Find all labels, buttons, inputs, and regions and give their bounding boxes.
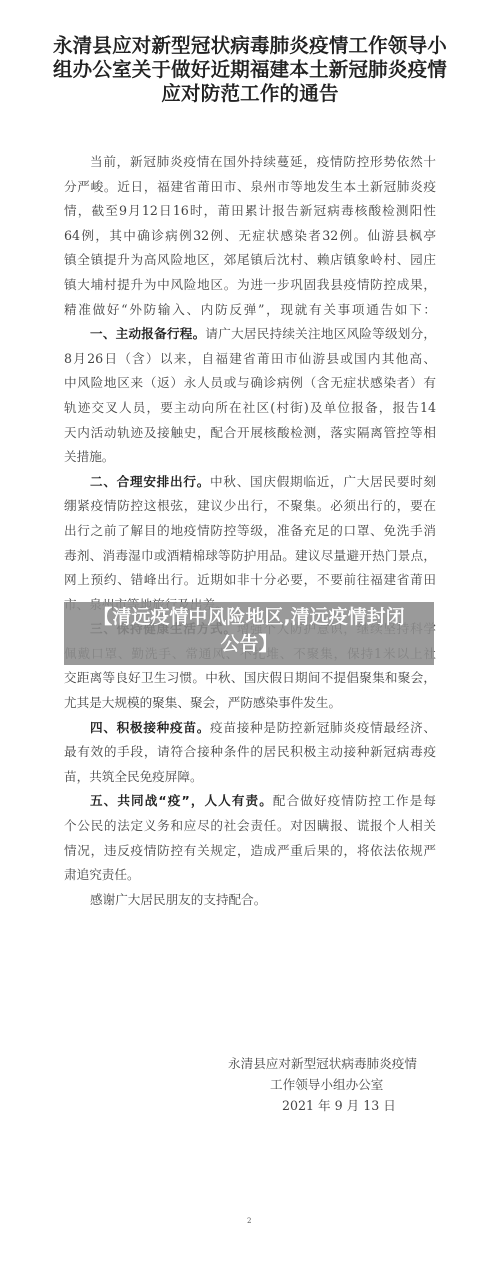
document-body: 当前，新冠肺炎疫情在国外持续蔓延，疫情防控形势依然十 分严峻。近日，福建省莆田市… <box>64 150 436 912</box>
signature-org-line: 永清县应对新型冠状病毒肺炎疫情 <box>220 1053 470 1074</box>
section-text: 配合做好疫情防控工作是每 <box>273 793 436 808</box>
body-line: 个公民的法定义务和应尽的社会责任。对因瞒报、谎报个人相关 <box>64 814 436 839</box>
section-first-line: 一、主动报备行程。请广大居民持续关注地区风险等级划分， <box>64 322 436 347</box>
overlay-banner-title: 【清远疫情中风险地区,清远疫情封闭 公告】 <box>64 604 434 658</box>
title-line: 永清县应对新型冠状病毒肺炎疫情工作领导小 <box>40 34 460 58</box>
body-line: 毒剂、消毒湿巾或酒精棉球等防护用品。建议尽量避开热门景点， <box>64 544 436 569</box>
body-line: 最有效的手段，请符合接种条件的居民积极主动接种新冠病毒疫 <box>64 740 436 765</box>
section-first-line: 五、共同战“疫”，人人有责。配合做好疫情防控工作是每 <box>64 789 436 814</box>
body-line: 出行之前了解目的地疫情防控等级，准备充足的口罩、免洗手消 <box>64 519 436 544</box>
body-line: 情，截至9月12日16时，莆田累计报告新冠病毒核酸检测阳性 <box>64 199 436 224</box>
signature-org-line: 工作领导小组办公室 <box>220 1074 470 1095</box>
closing-line: 感谢广大居民朋友的支持配合。 <box>64 888 436 913</box>
body-line: 当前，新冠肺炎疫情在国外持续蔓延，疫情防控形势依然十 <box>64 150 436 175</box>
body-line: 分严峻。近日，福建省莆田市、泉州市等地发生本土新冠肺炎疫 <box>64 175 436 200</box>
body-line: 精准做好“外防输入、内防反弹”，现就有关事项通告如下： <box>64 298 436 323</box>
body-line: 天内活动轨迹及接触史，配合开展核酸检测，落实隔离管控等相 <box>64 421 436 446</box>
section-first-line: 四、积极接种疫苗。疫苗接种是防控新冠肺炎疫情最经济、 <box>64 716 436 741</box>
signature-date: 2021 年 9 月 13 日 <box>220 1095 470 1116</box>
banner-title-line: 公告】 <box>64 631 434 658</box>
banner-title-line: 【清远疫情中风险地区,清远疫情封闭 <box>64 604 434 631</box>
body-line: 关措施。 <box>64 445 436 470</box>
signature-block: 永清县应对新型冠状病毒肺炎疫情 工作领导小组办公室 2021 年 9 月 13 … <box>220 1053 470 1116</box>
section-text: 中秋、国庆假期临近，广大居民要时刻 <box>210 474 436 489</box>
body-line: 镇大埔村提升为中风险地区。为进一步巩固我县疫情防控成果， <box>64 273 436 298</box>
body-line: 中风险地区来（返）永人员或与确诊病例（含无症状感染者）有 <box>64 371 436 396</box>
title-line: 应对防范工作的通告 <box>40 82 460 106</box>
body-line: 绷紧疫情防控这根弦，建议少出行，不聚集。必须出行的，要在 <box>64 494 436 519</box>
document-page: 永清县应对新型冠状病毒肺炎疫情工作领导小 组办公室关于做好近期福建本土新冠肺炎疫… <box>0 0 500 1268</box>
title-line: 组办公室关于做好近期福建本土新冠肺炎疫情 <box>40 58 460 82</box>
body-line: 交距离等良好卫生习惯。中秋、国庆假日期间不提倡聚集和聚会， <box>64 666 436 691</box>
document-title: 永清县应对新型冠状病毒肺炎疫情工作领导小 组办公室关于做好近期福建本土新冠肺炎疫… <box>40 34 460 106</box>
section-heading: 五、共同战“疫”，人人有责。 <box>90 793 273 808</box>
body-line: 64例，其中确诊病例32例、无症状感染者32例。仙游县枫亭 <box>64 224 436 249</box>
body-line: 镇全镇提升为高风险地区，郊尾镇后沈村、赖店镇象岭村、园庄 <box>64 248 436 273</box>
section-first-line: 二、合理安排出行。中秋、国庆假期临近，广大居民要时刻 <box>64 470 436 495</box>
body-line: 轨迹交叉人员，要主动向所在社区(村街)及单位报备，报告14 <box>64 396 436 421</box>
body-line: 8月26日（含）以来，自福建省莆田市仙游县或国内其他高、 <box>64 347 436 372</box>
body-line: 网上预约、错峰出行。近期如非十分必要，不要前往福建省莆田 <box>64 568 436 593</box>
body-line: 情况，违反疫情防控有关规定，造成严重后果的，将依法依规严 <box>64 839 436 864</box>
body-line: 苗，共筑全民免疫屏障。 <box>64 765 436 790</box>
section-text: 疫苗接种是防控新冠肺炎疫情最经济、 <box>210 720 436 735</box>
section-heading: 一、主动报备行程。 <box>90 326 205 341</box>
section-text: 请广大居民持续关注地区风险等级划分， <box>205 326 436 341</box>
body-line: 肃追究责任。 <box>64 863 436 888</box>
section-heading: 四、积极接种疫苗。 <box>90 720 210 735</box>
body-line: 尤其是大规模的聚集、聚会，严防感染事件发生。 <box>64 691 436 716</box>
section-heading: 二、合理安排出行。 <box>90 474 210 489</box>
page-number: 2 <box>247 1217 251 1225</box>
